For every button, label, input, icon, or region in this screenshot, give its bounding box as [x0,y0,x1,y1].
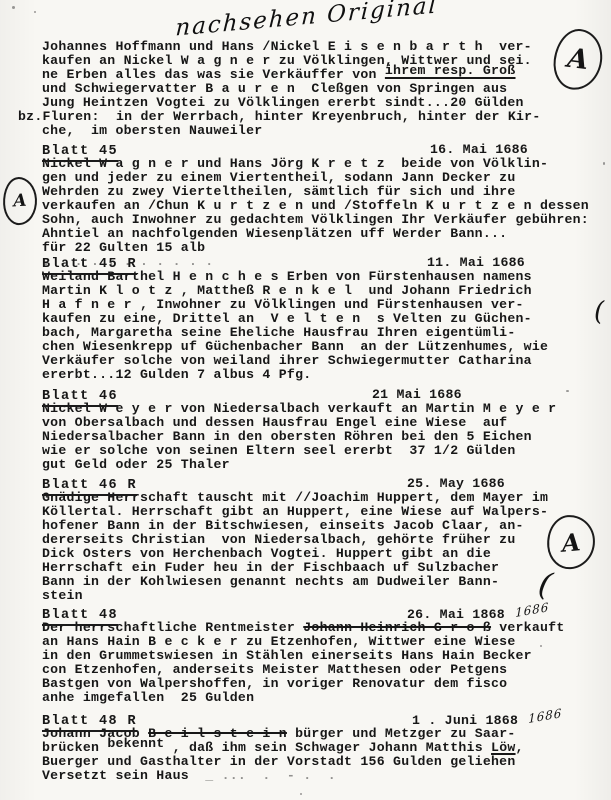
text-line: Der herrschaftliche Rentmeister Johann H… [42,621,611,635]
text-segment: gen und jeder zu einem Viertentheil, sod… [42,170,516,185]
text-line: Buerger und Gasthalter in der Vorstadt 1… [42,755,611,769]
text-segment: Ahntiel an nachfolgenden Wiesenplätzen u… [42,226,507,241]
text-segment: verkaufen an /Chun K u r t z e n und /St… [42,198,589,213]
text-segment: verkauft [491,620,564,635]
scan-speck [12,6,15,9]
text-line: Verkäufer solche von weiland ihrer Schwi… [42,354,611,368]
text-line: an Hans Hain B e c k e r zu Etzenhofen, … [42,635,611,649]
blatt-label: Blatt 48 [42,608,118,626]
text-segment: bach, Margaretha seine Eheliche Hausfrau… [42,325,516,340]
struck-text: B e i l s t e i n [148,726,287,741]
text-segment: ererbt...12 Gulden 7 albus 4 Pfg. [42,367,311,382]
text-segment: _ ... . - . . [189,768,336,783]
text-line: wie er solche von seinen Eltern seel ere… [42,444,611,458]
text-segment: Verkäufer solche von weiland ihrer Schwi… [42,353,532,368]
scan-speck [603,162,605,165]
text-segment: Jung Heintzen Vogtei zu Völklingen ererb… [42,95,524,110]
circled-letter-annotation: A [2,176,38,226]
text-segment: Wehrden zu zwey Vierteltheilen, sämtlich… [42,184,516,199]
text-line: Johannes Hoffmann und Hans /Nickel E i s… [42,40,611,54]
text-line: kaufen an Nickel W a g n e r zu Völkling… [42,54,611,68]
handwritten-paren-mark: ( [594,297,604,327]
text-line: ererbt...12 Gulden 7 albus 4 Pfg. [42,368,611,382]
text-line: gut Geld oder 25 Thaler [42,458,611,472]
text-line: Ahntiel an nachfolgenden Wiesenplätzen u… [42,227,611,241]
entry-date: 26. Mai 18681686 [407,607,550,622]
text-segment: Versetzt sein Haus [42,768,189,783]
blatt-label: Blatt 46 [42,389,118,407]
blatt-label: Blatt 45 [42,144,118,162]
text-segment: in den Grummetswiesen in Stählen einerse… [42,648,532,663]
handwritten-date-correction: 1686 [528,706,562,726]
section-blatt-45: Blatt 4516. Mai 1686Nickel W a g n e r u… [42,143,611,269]
section-intro: Johannes Hoffmann und Hans /Nickel E i s… [42,40,611,138]
text-segment: stein [42,588,83,603]
text-segment: bürger und Metzger zu Saar- [287,726,516,741]
text-line: von Obersalbach und dessen Hausfrau Enge… [42,416,611,430]
underlined-text: ihrem resp. Groß [385,63,516,78]
scan-speck [566,390,569,392]
text-line: bz.Fluren: in der Werrbach, hinter Kreye… [18,110,611,124]
text-segment: Buerger und Gasthalter in der Vorstadt 1… [42,754,516,769]
text-segment: , [516,740,524,755]
text-line: Wehrden zu zwey Vierteltheilen, sämtlich… [42,185,611,199]
text-line: Versetzt sein Haus _ ... . - . . [42,769,611,783]
text-line: Nickel W a g n e r und Hans Jörg K r e t… [42,157,611,171]
text-line: anhe imgefallen 25 Gulden [42,691,611,705]
section-heading: Blatt 46 R25. May 1686 [42,477,611,491]
text-segment: und Schwiegervatter B a u r e n Cleßgen … [42,81,507,96]
text-segment: Bastgen von Walpershoffen, in voriger Re… [42,676,507,691]
text-line: con Etzenhofen, anderseits Meister Matth… [42,663,611,677]
entry-date: 1 . Juni 18681686 [412,713,563,728]
section-heading: Blatt 4516. Mai 1686 [42,143,611,157]
section-blatt-46: Blatt 4621 Mai 1686Nickel W e y e r von … [42,388,611,472]
text-line: Bastgen von Walpershoffen, in voriger Re… [42,677,611,691]
section-blatt-48-r: Blatt 48 R1 . Juni 18681686Johann Jacob … [42,713,611,783]
text-line: dererseits Christian von Niedersalbach, … [42,533,611,547]
scanned-document-page: nachsehen Original Johannes Hoffmann und… [0,0,611,800]
entry-date: 16. Mai 1686 [430,143,528,157]
text-line: bach, Margaretha seine Eheliche Hausfrau… [42,326,611,340]
text-segment: gut Geld oder 25 Thaler [42,457,230,472]
section-blatt-45-r: Blatt 45 R11. Mai 1686Weiland Barthel H … [42,256,611,382]
text-line: Dick Osters von Herchenbach Vogtei. Hupp… [42,547,611,561]
section-heading: Blatt 4826. Mai 18681686 [42,607,611,621]
text-segment: Sohn, auch Inwohner zu gedachtem Völklin… [42,212,589,227]
text-line: verkaufen an /Chun K u r t z e n und /St… [42,199,611,213]
section-blatt-48: Blatt 4826. Mai 18681686Der herrschaftli… [42,607,611,705]
text-segment: Bann in der Kohlwiesen genannt nechts am… [42,574,499,589]
text-line: für 22 Gulten 15 alb [42,241,611,255]
text-segment: wie er solche von seinen Eltern seel ere… [42,443,516,458]
underlined-text: Löw [491,740,516,755]
text-line: Herrschaft ein Fuder heu in der Fischbaa… [42,561,611,575]
text-line: H a f n e r , Inwohner zu Völklingen und… [42,298,611,312]
section-heading: Blatt 45 R11. Mai 1686 [42,256,611,270]
text-segment: H a f n e r , Inwohner zu Völklingen und… [42,297,524,312]
text-segment: che, im obersten Nauweiler [42,123,262,138]
section-heading: Blatt 4621 Mai 1686 [42,388,611,402]
text-line: gen und jeder zu einem Viertentheil, sod… [42,171,611,185]
section-heading: Blatt 48 R1 . Juni 18681686 [42,713,611,727]
text-segment: bekennt [107,736,164,751]
text-segment: dererseits Christian von Niedersalbach, … [42,532,516,547]
scan-speck [300,793,302,795]
text-segment: chen Wiesenkrepp uf Güchenbacher Bann an… [42,339,548,354]
text-segment: Herrschaft ein Fuder heu in der Fischbaa… [42,560,499,575]
text-line: Martin K l o t z , Mattheß R e n k e l u… [42,284,611,298]
text-segment: ne Erben alles das was sie Verkäuffer vo… [42,67,385,82]
text-line: Jung Heintzen Vogtei zu Völklingen ererb… [42,96,611,110]
text-line: in den Grummetswiesen in Stählen einerse… [42,649,611,663]
entry-date: 21 Mai 1686 [372,388,462,402]
text-segment: für 22 Gulten 15 alb [42,240,205,255]
text-line: Köllertal. Herrschaft gibt an Huppert, e… [42,505,611,519]
handwritten-note: nachsehen Original [175,0,439,42]
text-line: Niedersalbacher Bann in den obersten Röh… [42,430,611,444]
scan-speck [34,11,36,13]
entry-date: 11. Mai 1686 [427,256,525,270]
text-segment: kaufen zu eine, Drittel an V e l t e n s… [42,311,532,326]
text-segment: Martin K l o t z , Mattheß R e n k e l u… [42,283,532,298]
text-segment: Niedersalbacher Bann in den obersten Röh… [42,429,532,444]
text-line: hofener Bann in der Bitschwiesen, einsei… [42,519,611,533]
text-line: und Schwiegervatter B a u r e n Cleßgen … [42,82,611,96]
text-segment: Köllertal. Herrschaft gibt an Huppert, e… [42,504,548,519]
text-line: Bann in der Kohlwiesen genannt nechts am… [42,575,611,589]
entry-date: 25. May 1686 [407,477,505,491]
text-line: chen Wiesenkrepp uf Güchenbacher Bann an… [42,340,611,354]
text-segment: Nickel W e y e r von Niedersalbach verka… [42,401,556,416]
text-segment: hofener Bann in der Bitschwiesen, einsei… [42,518,524,533]
text-line: Sohn, auch Inwohner zu gedachtem Völklin… [42,213,611,227]
text-segment: Johannes Hoffmann und Hans /Nickel E i s… [42,39,532,54]
text-segment: von Obersalbach und dessen Hausfrau Enge… [42,415,507,430]
text-segment: anhe imgefallen 25 Gulden [42,690,254,705]
blatt-label: Blatt 48 R [42,714,137,732]
blatt-label: Blatt 45 R [42,257,137,275]
text-line: Nickel W e y e r von Niedersalbach verka… [42,402,611,416]
text-line: che, im obersten Nauweiler [42,124,611,138]
struck-text: Johann Heinrich G r o ß [303,620,491,635]
scan-speck [540,645,542,647]
text-segment: , daß ihm sein Schwager Johann Matthis [164,740,491,755]
blatt-label: Blatt 46 R [42,478,137,496]
text-segment: Dick Osters von Herchenbach Vogtei. Hupp… [42,546,491,561]
text-segment: bz.Fluren: in der Werrbach, hinter Kreye… [18,109,540,124]
text-line: kaufen zu eine, Drittel an V e l t e n s… [42,312,611,326]
text-segment: brücken [42,740,107,755]
section-blatt-46-r: Blatt 46 R25. May 1686Gnädige Herrschaft… [42,477,611,603]
text-line: ne Erben alles das was sie Verkäuffer vo… [42,68,611,82]
text-line: brücken bekennt , daß ihm sein Schwager … [42,741,611,755]
text-line: stein [42,589,611,603]
text-segment: con Etzenhofen, anderseits Meister Matth… [42,662,507,677]
text-segment: an Hans Hain B e c k e r zu Etzenhofen, … [42,634,516,649]
